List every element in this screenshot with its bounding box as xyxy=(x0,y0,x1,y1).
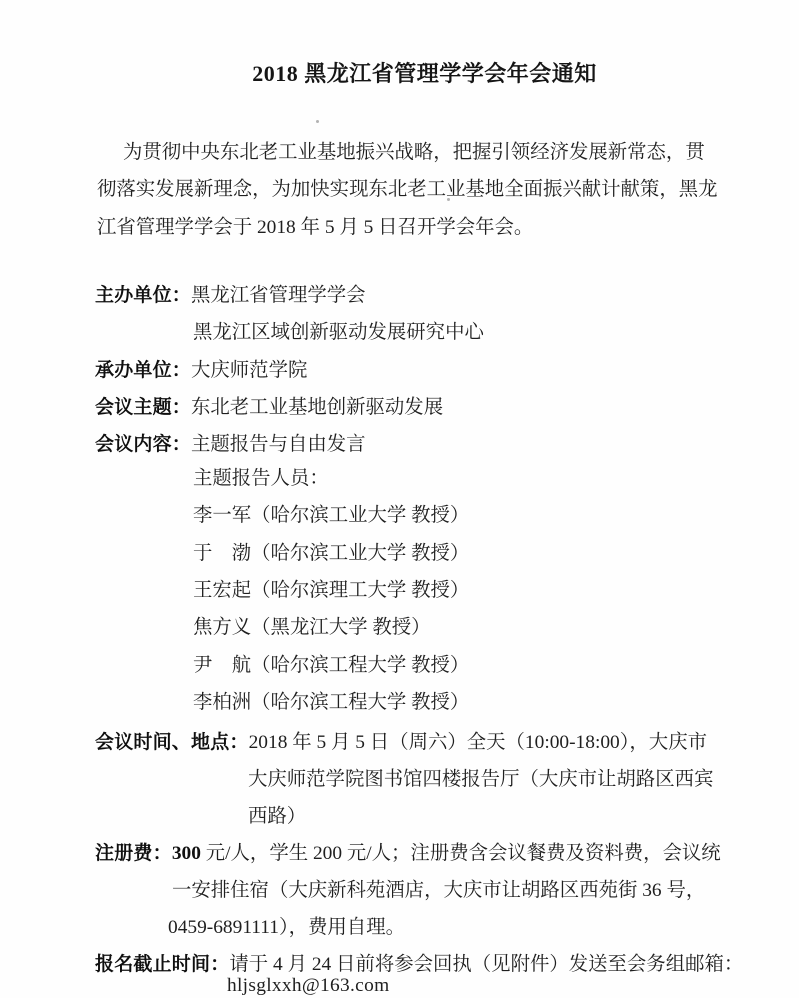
section-label-theme: 会议主题： xyxy=(95,397,191,418)
intro-paragraph: 为贯彻中央东北老工业基地振兴战略，把握引领经济发展新常态，贯彻落实发展新理念，为… xyxy=(97,134,715,246)
section-deadline: 报名截止时间：请于 4 月 24 日前将参会回执（见附件）发送至会务组邮箱： xyxy=(95,946,743,984)
section-host-line2: 黑龙江区域创新驱动发展研究中心 xyxy=(193,314,484,351)
speakers-heading: 主题报告人员： xyxy=(193,460,469,497)
section-label-time-place: 会议时间、地点： xyxy=(95,732,249,753)
section-label-deadline: 报名截止时间： xyxy=(95,954,229,975)
section-time-place: 会议时间、地点：2018 年 5 月 5 日（周六）全天（10:00-18:00… xyxy=(95,724,707,762)
section-value-theme: 东北老工业基地创新驱动发展 xyxy=(191,397,443,418)
section-fee-line2: 一安排住宿（大庆新科苑酒店，大庆市让胡路区西苑街 36 号， xyxy=(172,872,705,909)
speaker-item: 尹 航（哈尔滨工程大学 教授） xyxy=(193,647,469,684)
intro-line: 为贯彻中央东北老工业基地振兴战略，把握引领经济发展新常态，贯 xyxy=(97,134,715,171)
page-title: 2018 黑龙江省管理学学会年会通知 xyxy=(50,57,799,88)
section-fee-line3: 0459-6891111），费用自理。 xyxy=(168,909,405,946)
section-label-host: 主办单位： xyxy=(95,285,191,306)
section-fee: 注册费：300 元/人，学生 200 元/人；注册费含会议餐费及资料费，会议统 xyxy=(95,835,721,873)
section-value-time-place: 2018 年 5 月 5 日（周六）全天（10:00-18:00），大庆市 xyxy=(249,732,707,753)
section-content: 会议内容：主题报告与自由发言 xyxy=(95,426,366,464)
intro-line: 彻落实发展新理念，为加快实现东北老工业基地全面振兴献计献策，黑龙 xyxy=(97,171,715,208)
speaker-list: 主题报告人员： 李一军（哈尔滨工业大学 教授）于 渤（哈尔滨工业大学 教授）王宏… xyxy=(193,460,469,721)
scan-speck xyxy=(316,120,319,123)
document-page: 2018 黑龙江省管理学学会年会通知 为贯彻中央东北老工业基地振兴战略，把握引领… xyxy=(0,0,799,998)
section-theme: 会议主题：东北老工业基地创新驱动发展 xyxy=(95,389,443,427)
section-value-organizer: 大庆师范学院 xyxy=(191,360,307,381)
section-value-fee: 元/人，学生 200 元/人；注册费含会议餐费及资料费，会议统 xyxy=(201,843,721,864)
email-text: hljsglxxh@163.com xyxy=(227,967,389,998)
section-organizer: 承办单位：大庆师范学院 xyxy=(95,352,307,390)
section-time-place-line3: 西路） xyxy=(248,798,306,835)
section-time-place-line2: 大庆师范学院图书馆四楼报告厅（大庆市让胡路区西宾 xyxy=(248,761,713,798)
section-value-content: 主题报告与自由发言 xyxy=(191,434,366,455)
speaker-item: 于 渤（哈尔滨工业大学 教授） xyxy=(193,535,469,572)
speaker-item: 李一军（哈尔滨工业大学 教授） xyxy=(193,497,469,534)
speaker-items: 李一军（哈尔滨工业大学 教授）于 渤（哈尔滨工业大学 教授）王宏起（哈尔滨理工大… xyxy=(193,497,469,721)
section-value-host: 黑龙江省管理学学会 xyxy=(191,285,366,306)
section-label-organizer: 承办单位： xyxy=(95,360,191,381)
speaker-item: 焦方义（黑龙江大学 教授） xyxy=(193,609,469,646)
fee-amount: 300 xyxy=(172,843,201,864)
speaker-item: 李柏洲（哈尔滨工程大学 教授） xyxy=(193,684,469,721)
section-host: 主办单位：黑龙江省管理学学会 xyxy=(95,277,366,315)
speaker-item: 王宏起（哈尔滨理工大学 教授） xyxy=(193,572,469,609)
intro-line: 江省管理学学会于 2018 年 5 月 5 日召开学会年会。 xyxy=(97,209,715,246)
section-label-content: 会议内容： xyxy=(95,434,191,455)
section-label-fee: 注册费： xyxy=(95,843,172,864)
